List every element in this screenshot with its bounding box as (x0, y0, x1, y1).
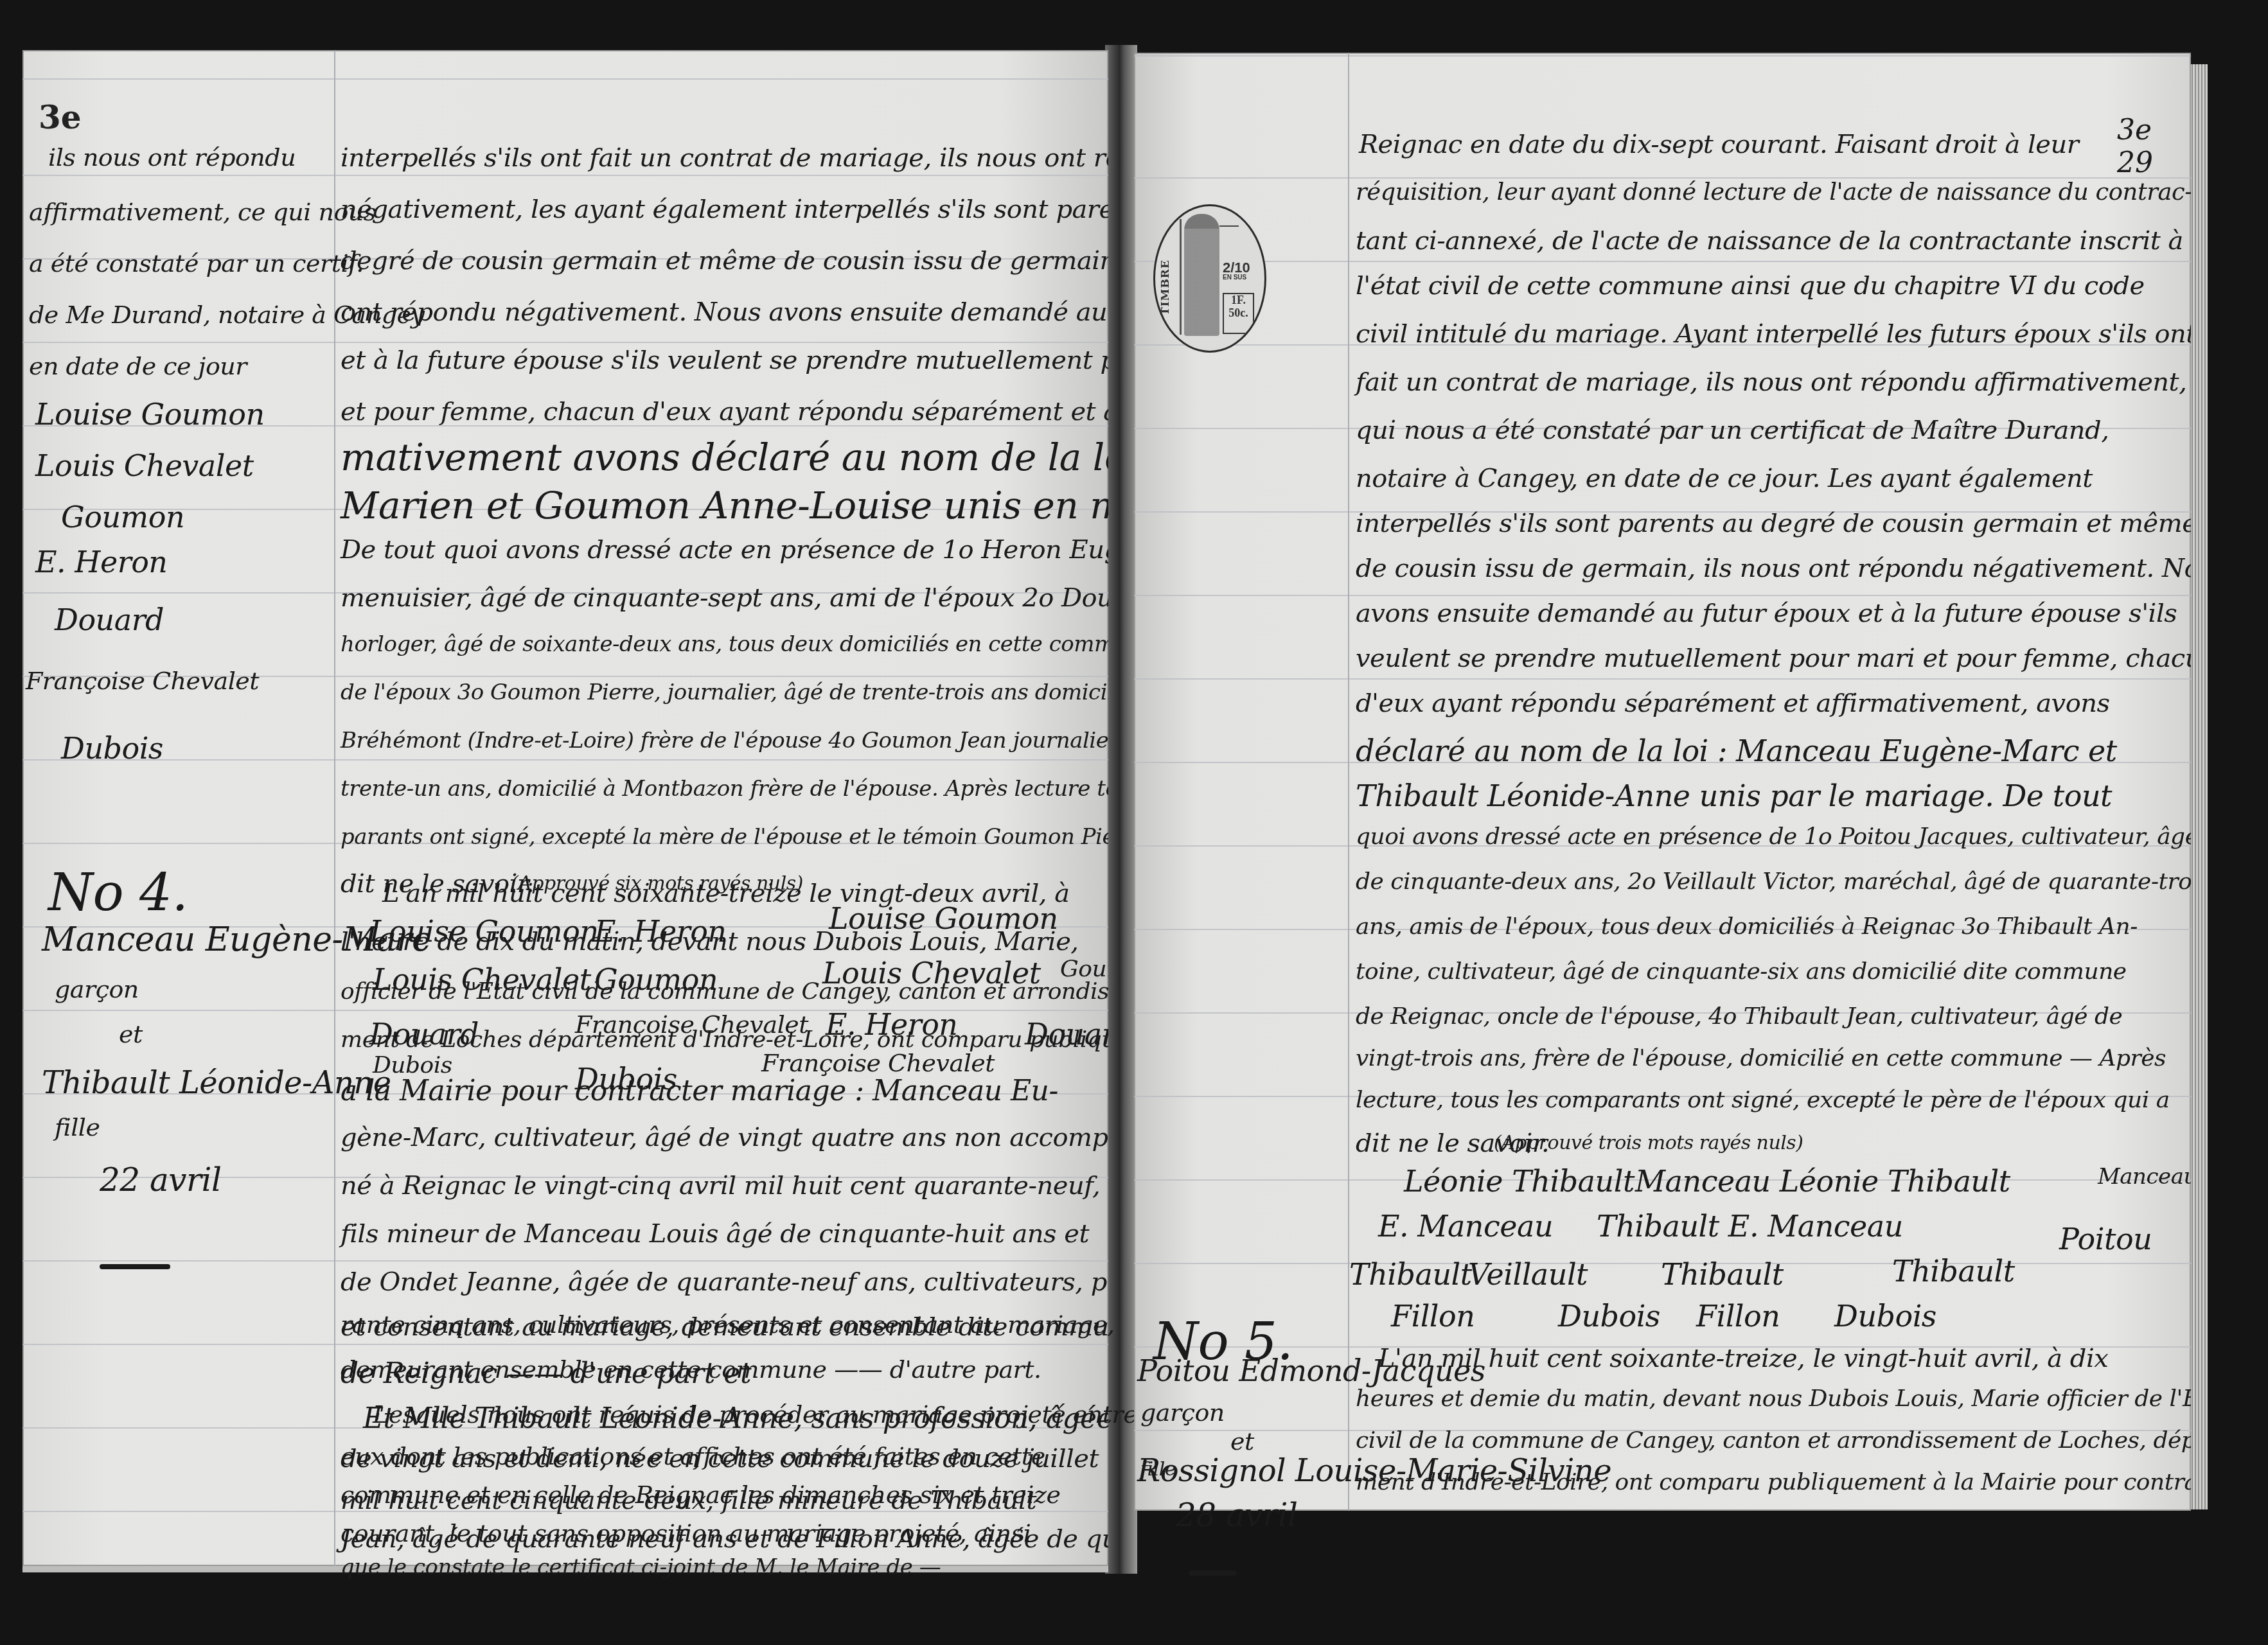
margin-signature: Louise Goumon (35, 397, 265, 432)
margin-note-line: a été constaté par un certif. (29, 249, 364, 277)
bride-status: fille (55, 1113, 100, 1141)
right-page: 3e 29 Reignac en date du dix-sept couran… (1134, 53, 2191, 1511)
corner-mark: 3e (39, 98, 82, 136)
margin-signature: Louis Chevalet (35, 448, 254, 483)
separator-dash (1189, 1570, 1237, 1576)
conjunction: et (119, 1020, 143, 1048)
margin-signature: Douard (55, 603, 164, 637)
stamp-staff (1180, 219, 1182, 335)
groom-status: garçon (1140, 1398, 1225, 1427)
groom-status: garçon (55, 975, 139, 1003)
margin-rule (334, 50, 335, 1566)
stamp-surcharge: 2/10 EN SUS (1223, 261, 1250, 281)
left-page: 3e ils nous ont répondu affirmativement,… (22, 50, 1108, 1566)
bride-status: fille (1140, 1458, 1176, 1481)
stamp-label: TIMBRE (1159, 260, 1172, 315)
margin-note-line: en date de ce jour (29, 352, 247, 380)
entry-date: 22 avril (100, 1161, 221, 1199)
scales-icon (1219, 225, 1239, 227)
book-gutter (1105, 45, 1137, 1574)
conjunction: et (1230, 1427, 1254, 1456)
fiscal-stamp: TIMBRE 2/10 EN SUS 1F. 50c. (1153, 204, 1266, 353)
justice-figure-icon (1184, 214, 1219, 336)
entry-date: 28 avril (1176, 1497, 1297, 1534)
page-number: 3e 29 (2117, 114, 2191, 179)
approval-note: (Approuvé trois mots rayés nuls) (1494, 1132, 1803, 1154)
margin-signature: Goumon (61, 500, 184, 534)
stamp-price: 1F. 50c. (1223, 293, 1254, 334)
margin-note-line: ils nous ont répondu (48, 143, 296, 172)
page-edge-stack (2190, 64, 2208, 1509)
separator-dash (100, 1264, 170, 1269)
margin-signature: Françoise Chevalet (26, 667, 259, 695)
entry-number: No 4. (48, 863, 188, 922)
margin-rule (1348, 53, 1349, 1511)
bride-name: Thibault Léonide-Anne (42, 1065, 391, 1101)
margin-note-line: affirmativement, ce qui nous (29, 198, 376, 226)
margin-signature: E. Heron (35, 545, 167, 579)
margin-signature: Dubois (61, 731, 163, 766)
